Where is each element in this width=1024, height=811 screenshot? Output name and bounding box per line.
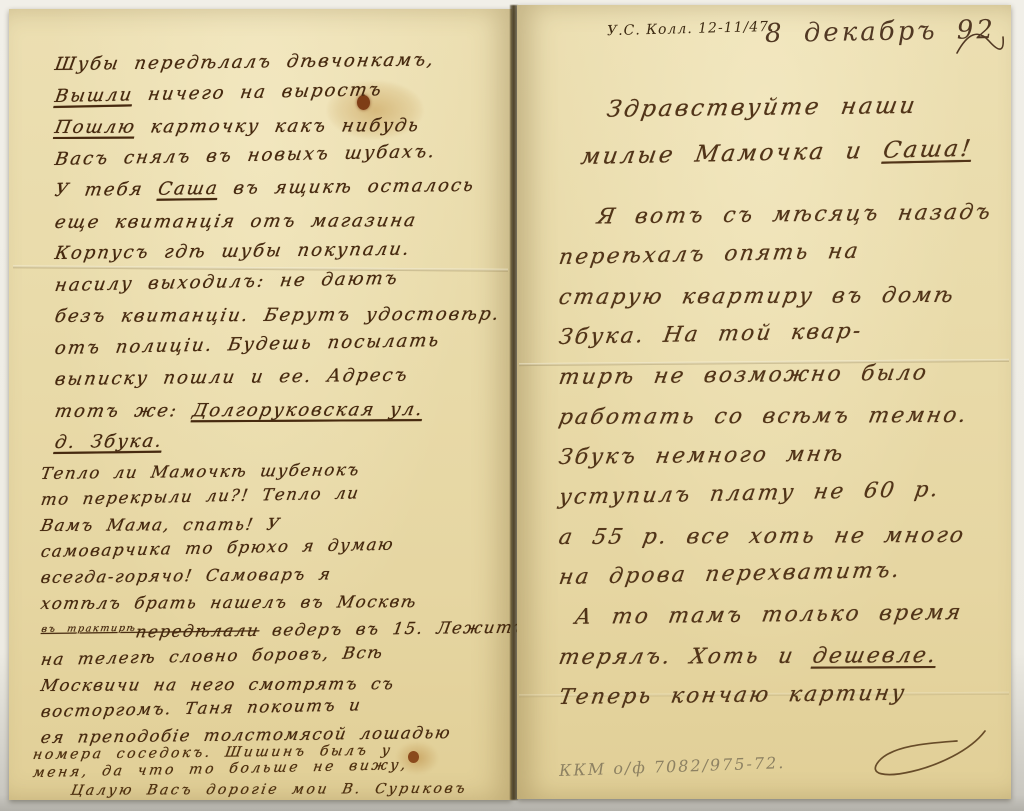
handwriting-segment: безъ квитанціи. Берутъ удостовѣр.: [53, 304, 502, 327]
handwriting-segment: передѣлали: [134, 621, 261, 642]
handwriting-line: всегда-горячо! Самоваръ я: [39, 559, 514, 591]
handwriting-segment: Долгоруковская ул.: [191, 399, 426, 421]
handwriting-segment: на телегѣ словно боровъ, Всѣ: [40, 642, 386, 668]
pen-flourish-icon: [955, 27, 1005, 61]
handwriting-segment: дешевле.: [811, 643, 940, 669]
handwriting-block-left-top: Шубы передѣлалъ дѣвчонкамъ,Вышли ничего …: [55, 49, 507, 459]
handwriting-segment: восторгомъ. Таня покоитъ и: [40, 695, 363, 721]
handwriting-segment: Здравствуйте наши: [605, 93, 919, 123]
handwriting-block-left-middle: Тепло ли Мамочкѣ шубенокъто перекрыли ли…: [41, 461, 511, 751]
handwriting-segment: старую квартиру въ домѣ: [557, 283, 958, 310]
handwriting-segment: Пошлю: [53, 117, 138, 138]
handwriting-segment: Саша!: [881, 136, 974, 164]
handwriting-line: Цалую Васъ дорогіе мои В. Суриковъ: [31, 779, 515, 800]
handwriting-segment: еще квитанція отъ магазина: [53, 210, 419, 233]
handwriting-line: выписку пошли и ее. Адресъ: [52, 358, 510, 395]
handwriting-segment: Москвичи на него смотрятъ съ: [39, 674, 396, 695]
handwriting-segment: терялъ. Хоть и: [557, 644, 816, 670]
handwriting-line: У тебя Саша въ ящикѣ осталось: [52, 169, 510, 206]
handwriting-segment: Васъ снялъ въ новыхъ шубахъ.: [53, 141, 437, 170]
handwriting-segment: Цалую Васъ дорогіе мои В. Суриковъ: [70, 781, 469, 799]
handwriting-block-left-bottom: номера соседокъ. Шишинъ былъ уменя, да ч…: [33, 746, 513, 800]
letter-scan: Шубы передѣлалъ дѣвчонкамъ,Вышли ничего …: [0, 0, 1024, 811]
handwriting-segment: Саша: [157, 178, 221, 200]
handwriting-segment: уступилъ плату не 60 р.: [557, 477, 942, 510]
handwriting-segment: ничего на выростъ: [132, 79, 385, 105]
handwriting-line: Збука. На той квар-: [556, 309, 1004, 358]
handwriting-segment: тирѣ не возможно было: [557, 360, 930, 390]
handwriting-block-right-body: Я вотъ съ мѣсяцъ назадъпереѣхалъ опять н…: [559, 198, 999, 718]
handwriting-line: переѣхалъ опять на: [556, 229, 1004, 278]
handwriting-line: терялъ. Хоть и дешевле.: [555, 636, 1003, 678]
handwriting-segment: милые Мамочка и: [579, 138, 885, 170]
handwriting-segment: Корпусъ гдѣ шубы покупали.: [53, 239, 412, 264]
inventory-mark: ККМ о/ф 7082/975-72.: [559, 753, 786, 780]
handwriting-segment: У тебя: [53, 179, 160, 201]
handwriting-segment: Збука. На той квар-: [557, 319, 864, 350]
handwriting-segment: то перекрыли ли?! Тепло ли: [40, 483, 362, 509]
handwriting-segment: а 55 р. все хоть не много: [557, 523, 968, 550]
handwriting-line: на дрова перехватитъ.: [556, 549, 1004, 598]
handwriting-segment: переѣхалъ опять на: [557, 239, 862, 270]
letter-page-right: У.С. Колл. 12-11/47. 8 декабръ 92 Здравс…: [517, 5, 1011, 799]
letter-page-left: Шубы передѣлалъ дѣвчонкамъ,Вышли ничего …: [9, 9, 512, 800]
handwriting-segment: Тепло ли Мамочкѣ шубенокъ: [40, 460, 362, 483]
handwriting-line: уступилъ плату не 60 р.: [556, 469, 1004, 518]
handwriting-segment: Вышли: [53, 84, 135, 107]
handwriting-line: д. Збука.: [52, 421, 510, 458]
handwriting-block-greeting: Здравствуйте нашимилые Мамочка и Саша!: [581, 87, 1001, 181]
handwriting-line: милые Мамочка и Саша!: [577, 125, 1006, 181]
collection-mark: У.С. Колл. 12-11/47.: [607, 19, 775, 39]
handwriting-segment: Я вотъ съ мѣсяцъ назадъ: [595, 200, 994, 230]
handwriting-segment: въ трактирѣ: [40, 623, 137, 635]
handwriting-segment: въ ящикѣ осталось: [217, 175, 477, 199]
handwriting-line: Теперь кончаю картину: [556, 673, 1003, 718]
handwriting-segment: тотъ же:: [53, 400, 195, 422]
handwriting-line: А то тамъ только время: [556, 593, 1003, 638]
pen-flourish-icon: [835, 727, 995, 789]
handwriting-segment: Вамъ Мама, спать! У: [39, 515, 282, 535]
handwriting-segment: Збукъ немного мнѣ: [557, 442, 847, 470]
handwriting-segment: работать со всѣмъ темно.: [557, 403, 971, 430]
handwriting-segment: хотѣлъ брать нашелъ въ Москвѣ: [39, 592, 419, 613]
handwriting-segment: всегда-горячо! Самоваръ я: [40, 564, 334, 587]
handwriting-segment: карточку какъ нибудь: [134, 115, 422, 137]
handwriting-segment: Теперь кончаю картину: [557, 681, 908, 710]
handwriting-line: тирѣ не возможно было: [556, 353, 1003, 398]
handwriting-segment: А то тамъ только время: [573, 600, 965, 630]
handwriting-segment: самоварчика то брюхо я думаю: [40, 535, 396, 561]
handwriting-segment: ведеръ въ 15. Лежитъ: [258, 618, 528, 640]
handwriting-line: работать со всѣмъ темно.: [555, 396, 1003, 438]
handwriting-segment: д. Збука.: [53, 429, 325, 453]
handwriting-segment: насилу выходилъ: не даютъ: [53, 267, 400, 295]
handwriting-segment: на дрова перехватитъ.: [557, 558, 903, 590]
handwriting-segment: Шубы передѣлалъ дѣвчонкамъ,: [53, 49, 436, 75]
handwriting-segment: отъ полиціи. Будешь посылать: [53, 329, 442, 358]
handwriting-segment: выписку пошли и ее. Адресъ: [53, 365, 410, 390]
